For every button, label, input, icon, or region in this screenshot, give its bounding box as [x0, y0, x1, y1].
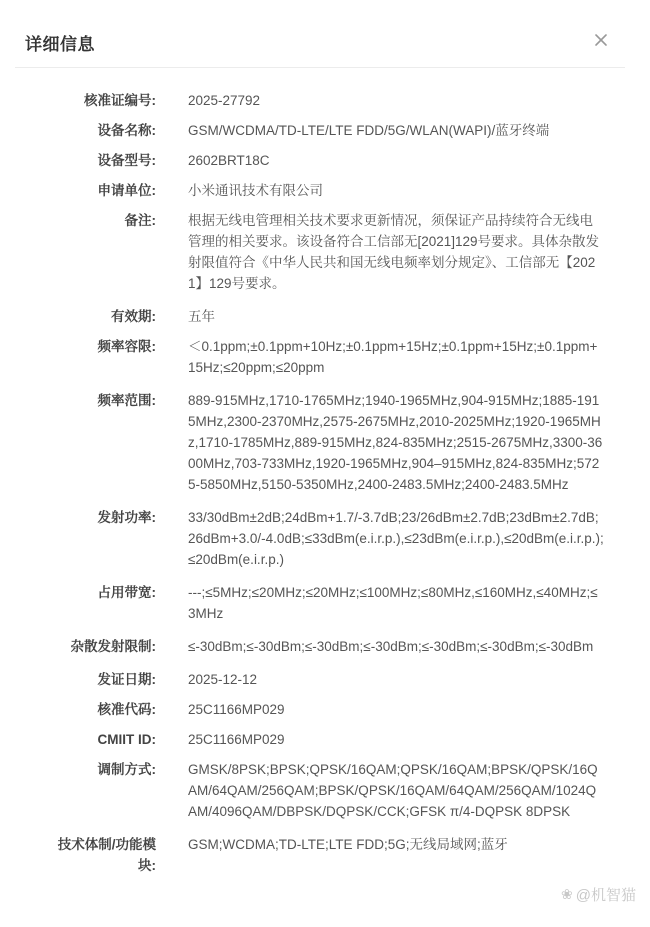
dialog-header: 详细信息 — [15, 18, 625, 68]
detail-row-modulation: 调制方式: GMSK/8PSK;BPSK;QPSK/16QAM;QPSK/16Q… — [0, 759, 650, 822]
label-occupied-bandwidth: 占用带宽: — [0, 582, 156, 603]
value-validity: 五年 — [188, 306, 604, 327]
detail-row-device-model: 设备型号: 2602BRT18C — [0, 150, 650, 171]
value-remarks: 根据无线电管理相关技术要求更新情况，须保证产品持续符合无线电管理的相关要求。该设… — [188, 210, 604, 294]
label-tech-modules: 技术体制/功能模块: — [0, 834, 156, 876]
label-modulation: 调制方式: — [0, 759, 156, 780]
value-approval-code: 25C1166MP029 — [188, 699, 604, 720]
value-applicant: 小米通讯技术有限公司 — [188, 180, 604, 201]
value-transmit-power: 33/30dBm±2dB;24dBm+1.7/-3.7dB;23/26dBm±2… — [188, 507, 604, 570]
value-device-model: 2602BRT18C — [188, 150, 604, 171]
detail-row-approval-code: 核准代码: 25C1166MP029 — [0, 699, 650, 720]
detail-row-occupied-bandwidth: 占用带宽: ---;≤5MHz;≤20MHz;≤20MHz;≤100MHz;≤8… — [0, 582, 650, 624]
close-button[interactable] — [591, 30, 611, 50]
detail-row-frequency-tolerance: 频率容限: ＜0.1ppm;±0.1ppm+10Hz;±0.1ppm+15Hz;… — [0, 336, 650, 378]
label-frequency-tolerance: 频率容限: — [0, 336, 156, 357]
watermark-text: @机智猫 — [576, 884, 636, 905]
detail-dialog: 详细信息 核准证编号: 2025-27792 设备名称: GSM/WCDMA/T… — [0, 0, 650, 927]
label-device-model: 设备型号: — [0, 150, 156, 171]
close-icon — [591, 30, 611, 50]
value-issue-date: 2025-12-12 — [188, 669, 604, 690]
label-device-name: 设备名称: — [0, 120, 156, 141]
detail-row-spurious-emission: 杂散发射限制: ≤-30dBm;≤-30dBm;≤-30dBm;≤-30dBm;… — [0, 636, 650, 657]
label-transmit-power: 发射功率: — [0, 507, 156, 528]
detail-row-remarks: 备注: 根据无线电管理相关技术要求更新情况，须保证产品持续符合无线电管理的相关要… — [0, 210, 650, 294]
label-spurious-emission: 杂散发射限制: — [0, 636, 156, 657]
detail-row-applicant: 申请单位: 小米通讯技术有限公司 — [0, 180, 650, 201]
label-remarks: 备注: — [0, 210, 156, 231]
detail-row-transmit-power: 发射功率: 33/30dBm±2dB;24dBm+1.7/-3.7dB;23/2… — [0, 507, 650, 570]
value-frequency-tolerance: ＜0.1ppm;±0.1ppm+10Hz;±0.1ppm+15Hz;±0.1pp… — [188, 336, 604, 378]
value-occupied-bandwidth: ---;≤5MHz;≤20MHz;≤20MHz;≤100MHz;≤80MHz,≤… — [188, 582, 604, 624]
detail-row-frequency-range: 频率范围: 889-915MHz,1710-1765MHz;1940-1965M… — [0, 390, 650, 495]
label-applicant: 申请单位: — [0, 180, 156, 201]
label-approval-code: 核准代码: — [0, 699, 156, 720]
label-cmiit-id: CMIIT ID: — [0, 729, 156, 750]
detail-row-cmiit-id: CMIIT ID: 25C1166MP029 — [0, 729, 650, 750]
label-validity: 有效期: — [0, 306, 156, 327]
label-frequency-range: 频率范围: — [0, 390, 156, 411]
value-spurious-emission: ≤-30dBm;≤-30dBm;≤-30dBm;≤-30dBm;≤-30dBm;… — [188, 636, 604, 657]
label-issue-date: 发证日期: — [0, 669, 156, 690]
value-device-name: GSM/WCDMA/TD-LTE/LTE FDD/5G/WLAN(WAPI)/蓝… — [188, 120, 604, 141]
detail-row-device-name: 设备名称: GSM/WCDMA/TD-LTE/LTE FDD/5G/WLAN(W… — [0, 120, 650, 141]
dialog-title: 详细信息 — [25, 30, 95, 55]
value-tech-modules: GSM;WCDMA;TD-LTE;LTE FDD;5G;无线局域网;蓝牙 — [188, 834, 604, 855]
details-list: 核准证编号: 2025-27792 设备名称: GSM/WCDMA/TD-LTE… — [0, 90, 650, 885]
watermark: ❀ @机智猫 — [561, 884, 636, 905]
detail-row-tech-modules: 技术体制/功能模块: GSM;WCDMA;TD-LTE;LTE FDD;5G;无… — [0, 834, 650, 876]
paw-icon: ❀ — [561, 886, 573, 903]
detail-row-certificate-number: 核准证编号: 2025-27792 — [0, 90, 650, 111]
value-certificate-number: 2025-27792 — [188, 90, 604, 111]
detail-row-validity: 有效期: 五年 — [0, 306, 650, 327]
value-cmiit-id: 25C1166MP029 — [188, 729, 604, 750]
detail-row-issue-date: 发证日期: 2025-12-12 — [0, 669, 650, 690]
value-frequency-range: 889-915MHz,1710-1765MHz;1940-1965MHz,904… — [188, 390, 604, 495]
value-modulation: GMSK/8PSK;BPSK;QPSK/16QAM;QPSK/16QAM;BPS… — [188, 759, 604, 822]
label-certificate-number: 核准证编号: — [0, 90, 156, 111]
